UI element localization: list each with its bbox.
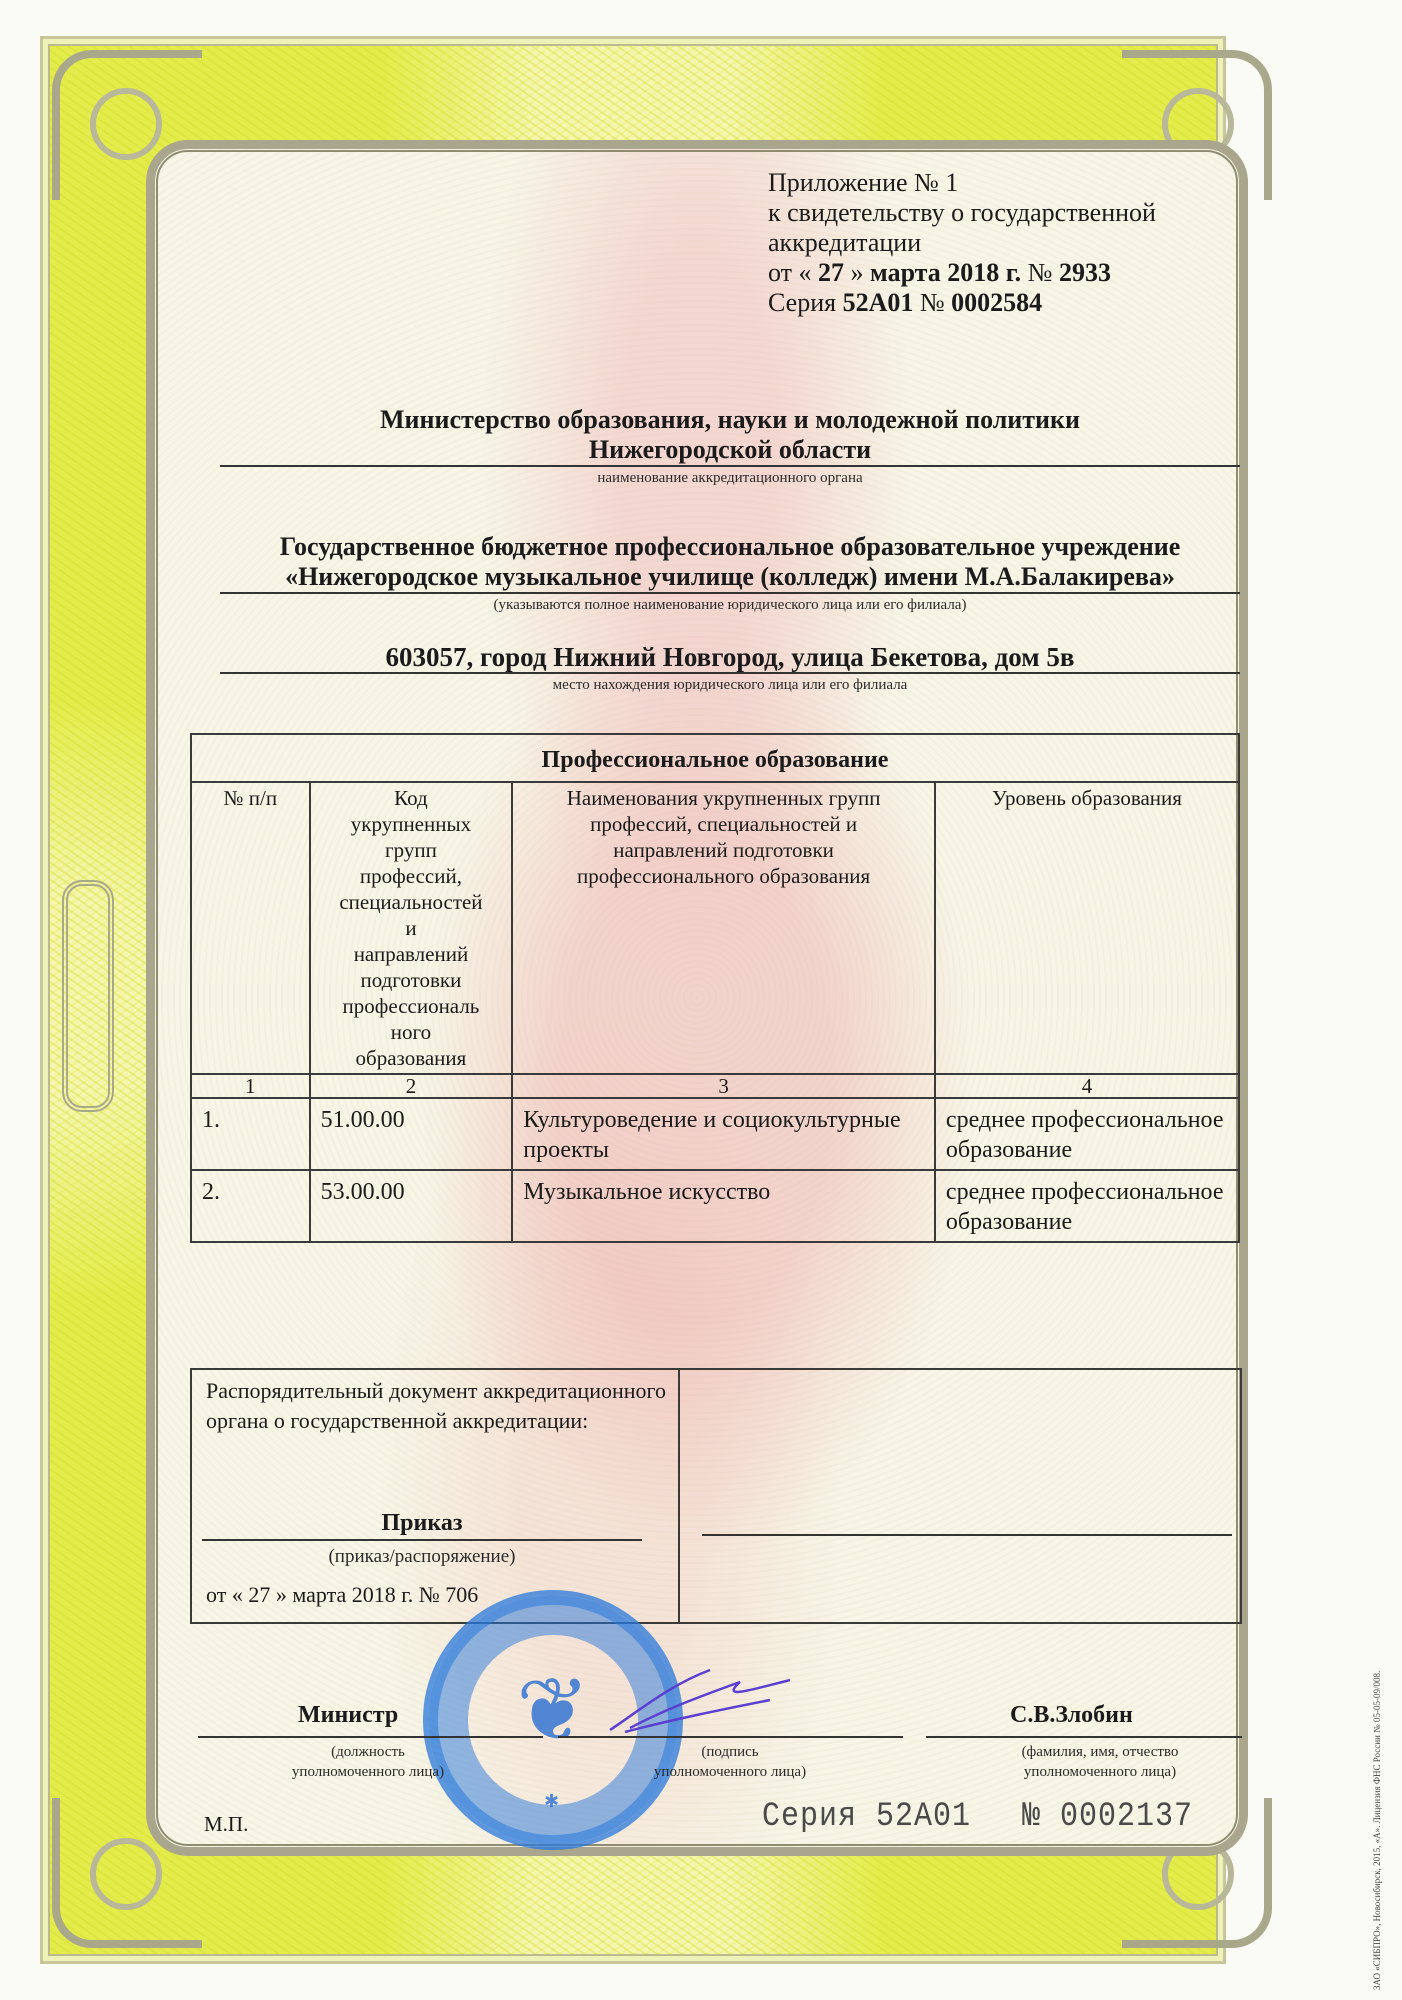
address-value: 603057, город Нижний Новгород, улица Бек… (220, 642, 1240, 674)
row-name: Культуроведение и социокультурные проект… (512, 1098, 935, 1170)
order-blank-line (702, 1534, 1232, 1536)
side-ornament-icon (62, 880, 114, 1112)
header-name: Наименования укрупненных групп профессий… (512, 782, 935, 1074)
order-box: Распорядительный документ аккредитационн… (190, 1368, 1242, 1624)
education-table: Профессиональное образование № п/п Код у… (190, 733, 1240, 1243)
order-kind-caption: (приказ/распоряжение) (202, 1548, 642, 1566)
star-icon: ✱ (544, 1791, 559, 1812)
printer-imprint: ЗАО «СИБПРО», Новосибирск, 2015, «А». Ли… (1372, 1671, 1382, 1990)
column-number: 1 (191, 1074, 310, 1098)
header-number: № п/п (191, 782, 310, 1074)
order-kind: Приказ (202, 1510, 642, 1541)
signature-caption: (подписьуполномоченного лица) (560, 1742, 900, 1782)
row-name: Музыкальное искусство (512, 1170, 935, 1242)
position-caption: (должностьуполномоченного лица) (198, 1742, 538, 1782)
institution-name-1: Государственное бюджетное профессиональн… (220, 532, 1240, 562)
accreditation-body: Министерство образования, науки и молоде… (220, 405, 1240, 487)
name-line (926, 1736, 1242, 1738)
row-level: среднее профессиональное образование (935, 1170, 1239, 1242)
row-code: 51.00.00 (310, 1098, 513, 1170)
address-caption: место нахождения юридического лица или е… (220, 676, 1240, 694)
accreditation-body-region: Нижегородской области (220, 435, 1240, 467)
column-number: 3 (512, 1074, 935, 1098)
name-caption: (фамилия, имя, отчествоуполномоченного л… (950, 1742, 1250, 1782)
institution-name-2: «Нижегородское музыкальное училище (колл… (220, 562, 1240, 594)
order-details: Распорядительный документ аккредитационн… (192, 1370, 680, 1622)
table-title: Профессиональное образование (191, 734, 1239, 782)
row-number: 1. (191, 1098, 310, 1170)
order-date: от « 27 » марта 2018 г. № 706 (206, 1582, 478, 1608)
row-code: 53.00.00 (310, 1170, 513, 1242)
row-number: 2. (191, 1170, 310, 1242)
order-label: Распорядительный документ аккредитационн… (206, 1376, 666, 1436)
form-series: Серия 52А01 (762, 1797, 971, 1836)
address: 603057, город Нижний Новгород, улица Бек… (220, 642, 1240, 694)
row-level: среднее профессиональное образование (935, 1098, 1239, 1170)
appendix-series: Серия 52А01 № 0002584 (768, 288, 1156, 318)
header-level: Уровень образования (935, 782, 1239, 1074)
header-code: Код укрупненных групп профессий, специал… (310, 782, 513, 1074)
column-number: 4 (935, 1074, 1239, 1098)
appendix-header: Приложение № 1 к свидетельству о государ… (768, 168, 1156, 318)
seal-place-label: М.П. (204, 1812, 248, 1837)
table-row: 2. 53.00.00 Музыкальное искусство средне… (191, 1170, 1239, 1242)
form-number: № 0002137 (1022, 1797, 1193, 1836)
institution-caption: (указываются полное наименование юридиче… (220, 596, 1240, 614)
signatory-position: Министр (298, 1702, 398, 1729)
appendix-date: от « 27 » марта 2018 г. № 2933 (768, 258, 1156, 288)
position-line (198, 1736, 543, 1738)
appendix-subtitle: к свидетельству о государственной (768, 198, 1156, 228)
accreditation-body-name: Министерство образования, науки и молоде… (220, 405, 1240, 435)
table-row: 1. 51.00.00 Культуроведение и социокульт… (191, 1098, 1239, 1170)
column-number: 2 (310, 1074, 513, 1098)
appendix-title: Приложение № 1 (768, 168, 1156, 198)
appendix-subtitle-2: аккредитации (768, 228, 1156, 258)
signature-icon (600, 1660, 800, 1740)
signatory-name: С.В.Злобин (1010, 1702, 1133, 1729)
signature-line (558, 1736, 903, 1738)
institution: Государственное бюджетное профессиональн… (220, 532, 1240, 614)
accreditation-body-caption: наименование аккредитационного органа (220, 469, 1240, 487)
